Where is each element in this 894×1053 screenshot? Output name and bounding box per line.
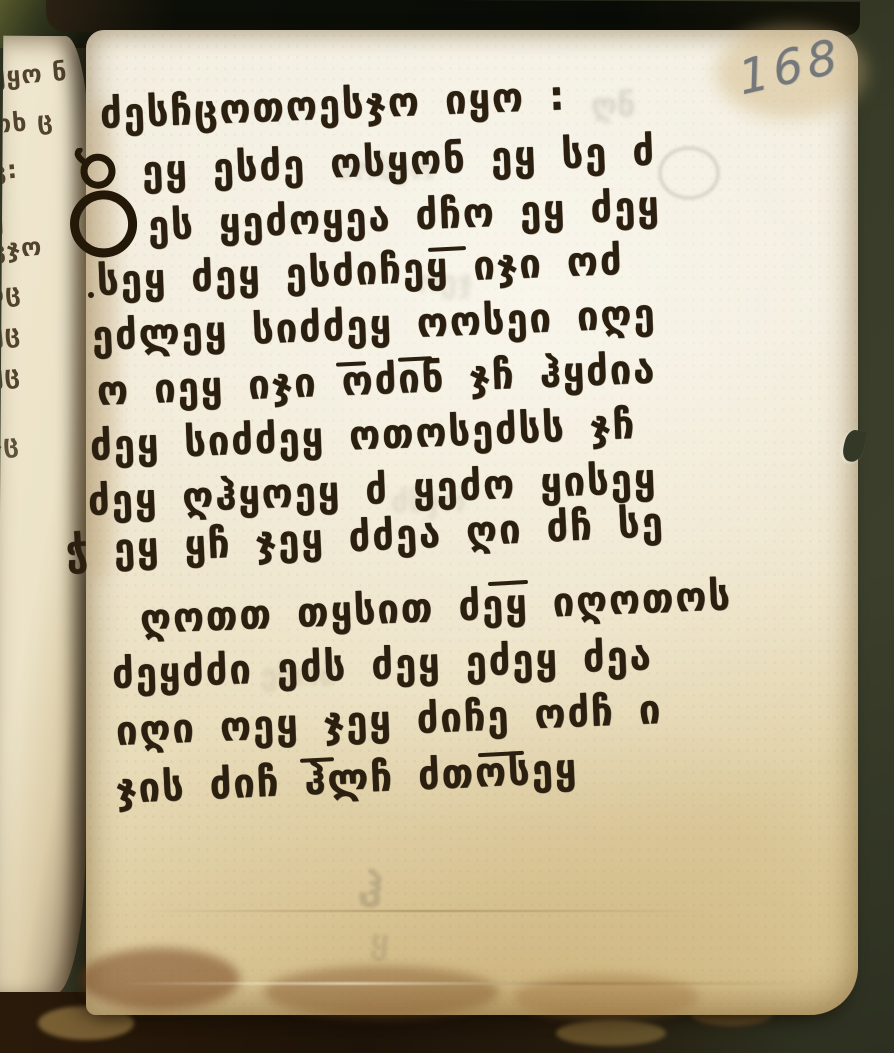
folio-text-fragment: ჟც	[0, 319, 22, 350]
folio-text-fragment: ოხ ც	[0, 105, 55, 139]
stain	[264, 966, 499, 1018]
folio-text-fragment: ჟყო ნ	[0, 57, 69, 92]
show-through-ghost: ღნ	[591, 86, 635, 124]
manuscript-photo: ჟყო ნ ოხ ც ც: ძ ცჯო ხც ჟც ყც ჯც 168 ღნ ძ…	[0, 0, 894, 1053]
text-line: ო იეყ იჯი ოძინ ჯჩ ჰყძია	[96, 348, 657, 411]
folio-text-fragment: ც:	[0, 155, 19, 186]
show-through-ghost	[658, 146, 720, 200]
initial-letter-icon	[56, 142, 148, 272]
torn-edge-notch	[841, 428, 867, 463]
stain	[80, 948, 240, 1010]
stain	[514, 974, 699, 1020]
folio-text-fragment: ყც	[0, 360, 22, 391]
fore-edge-texture	[556, 1020, 666, 1046]
text-line: ძეყ სიძძეყ ოთოსეძსს ჯჩ	[89, 404, 637, 467]
crease	[122, 982, 802, 985]
folio-text-fragment: ცჯო	[0, 232, 43, 265]
text-line: ეძლეყ სიძძეყ ოოსეი იღე	[91, 293, 657, 356]
text-line: იღი ოეყ ჯეყ ძიჩე ოძჩ ი	[115, 689, 663, 752]
text-line: ჯის ძიჩ ჰლჩ ძთოსეყ	[115, 748, 579, 810]
parchment-page: 168 ღნ ძოსჯო ოეჯ ძსჯო ესოძ ძესჩცოთოესჯო …	[86, 30, 858, 1015]
crease	[144, 910, 704, 912]
text-line: ღოთთ თყსით ძეყ იღოთოს	[139, 575, 732, 639]
ink-dot	[88, 292, 94, 298]
folio-text-fragment: ჯც	[0, 429, 21, 460]
text-line: ძეყძძი ეძს ძეყ ეძეყ ძეა	[111, 635, 653, 695]
text-line: სეყ ძეყ ესძიჩეყ იჯი ოძ	[96, 240, 624, 302]
text-line: ძესჩცოთოესჯო იყო :	[99, 75, 567, 134]
erased-smudge: ყ	[369, 921, 391, 962]
text-line: ეყ ესძე ოსყონ ეყ სე ძ	[141, 130, 656, 191]
folio-text-fragment: ხც	[0, 277, 22, 308]
